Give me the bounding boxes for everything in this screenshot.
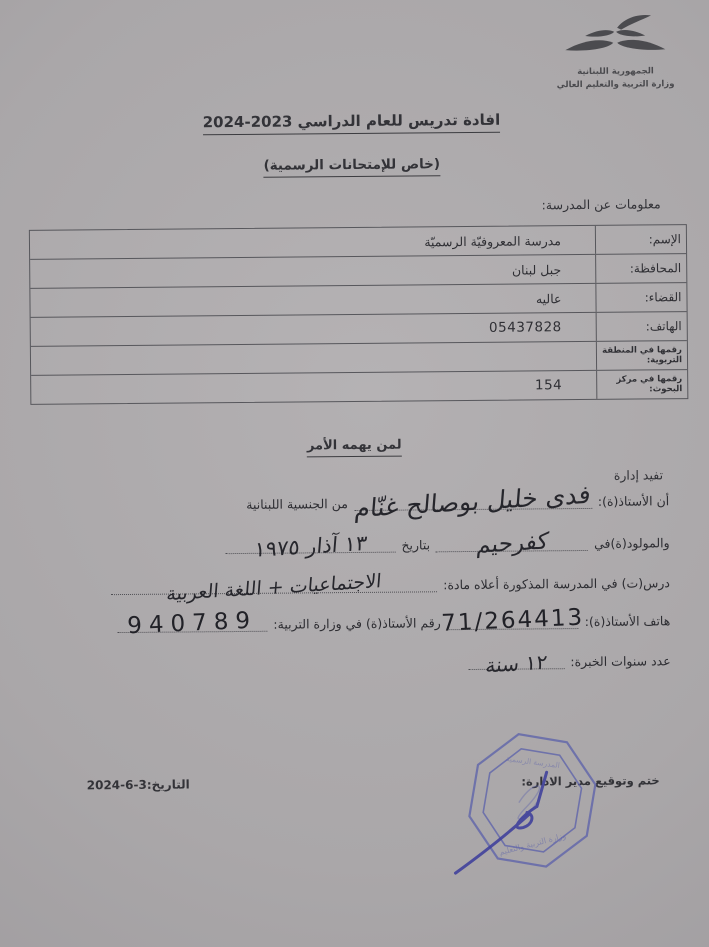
to-whom-heading-row: لمن يهمه الأمر [0,435,709,460]
teacher-phone-label: هاتف الأستاذ(ة): [585,613,671,629]
subject-field: الاجتماعيات + اللغة العربية [111,575,437,595]
teacher-phone-handwriting: 71/264413 [441,607,585,636]
ministry-name-line1: الجمهورية اللبنانية [536,65,694,80]
experience-field: ١٢ سنة [468,652,564,670]
teacher-name-field: فدى خليل بوصالح غنّام [354,492,592,511]
row-label-research-center-number: رقمها في مركز البحوث: [596,370,687,399]
administration-certifies-text: تفيد إدارة [614,467,663,482]
document-subtitle: (خاص للإمتحانات الرسمية) [263,156,440,178]
birth-line: والمولود(ة)في كفرحيم بتاريخ ١٣ آذار ١٩٧٥ [225,533,669,554]
stamp-bottom-text: وزارة التربية والتعليم [498,831,567,857]
school-info-table: الإسم: مدرسة المعروفيّة الرسميّة المحافظ… [29,224,689,405]
phone-and-number-line: هاتف الأستاذ(ة): 71/264413 رقم الأستاذ(ة… [117,611,670,633]
ministry-name-line2: وزارة التربية والتعليم العالي [537,78,695,93]
scanned-document-page: { "header": { "logo_icon": "open-book-mi… [0,0,709,947]
document-title: افادة تدريس للعام الدراسي 2023-2024 [203,111,501,136]
birthplace-handwriting: كفرحيم [475,530,549,557]
row-label-name: الإسم: [595,225,686,254]
row-value-district: عاليه [30,284,595,317]
experience-label: عدد سنوات الخبرة: [570,653,670,669]
teacher-phone-field: 71/264413 [447,612,579,630]
teacher-name-line: أن الأستاذ(ة): فدى خليل بوصالح غنّام من … [246,491,669,512]
to-whom-heading: لمن يهمه الأمر [307,438,402,458]
teacher-name-handwriting: فدى خليل بوصالح غنّام [354,482,592,521]
row-label-educational-zone-number: رقمها في المنطقة التربوية: [596,341,687,370]
subject-handwriting: الاجتماعيات + اللغة العربية [166,572,382,604]
subject-line: درس(ت) في المدرسة المذكورة أعلاه مادة: ا… [111,573,670,595]
school-info-heading: معلومات عن المدرسة: [542,196,661,212]
octagonal-ministry-stamp-icon: المدرسة الرسمية وزارة التربية والتعليم [448,724,617,877]
document-date: التاريخ:3-6-2024 [87,777,190,792]
experience-line: عدد سنوات الخبرة: ١٢ سنة [468,651,670,670]
open-book-ministry-logo-icon [536,11,694,66]
row-label-governorate: المحافظة: [595,254,686,283]
ministry-number-field: 940789 [117,615,267,633]
taught-label: درس(ت) في المدرسة المذكورة أعلاه مادة: [443,575,670,592]
birthdate-field: ١٣ آذار ١٩٧٥ [225,536,395,554]
document-subtitle-row: (خاص للإمتحانات الرسمية) [0,154,706,180]
birthdate-label: بتاريخ [401,537,430,552]
row-value-governorate: جبل لبنان [30,255,595,288]
row-value-educational-zone-number [31,342,596,375]
teacher-label: أن الأستاذ(ة): [598,493,670,509]
birthdate-handwriting: ١٣ آذار ١٩٧٥ [253,533,367,561]
row-label-phone: الهاتف: [596,312,687,341]
ministry-number-handwriting: 940789 [127,610,258,639]
born-label: والمولود(ة)في [594,535,670,551]
row-value-name: مدرسة المعروفيّة الرسميّة [30,226,595,259]
birthplace-field: كفرحيم [436,534,588,552]
row-value-research-center-number: 154 [31,371,596,404]
nationality-label: من الجنسية اللبنانية [246,496,348,512]
stamp-top-text: المدرسة الرسمية [505,754,560,770]
experience-handwriting: ١٢ سنة [485,652,548,676]
ministry-logo-block: الجمهورية اللبنانية وزارة التربية والتعل… [536,11,695,93]
row-value-phone: 05437828 [31,313,596,346]
table-row: رقمها في مركز البحوث: 154 [31,370,687,404]
ministry-number-label: رقم الأستاذ(ة) في وزارة التربية: [273,615,441,631]
document-title-row: افادة تدريس للعام الدراسي 2023-2024 [0,109,706,137]
row-label-district: القضاء: [595,283,686,312]
document-sheet: الجمهورية اللبنانية وزارة التربية والتعل… [0,0,709,947]
